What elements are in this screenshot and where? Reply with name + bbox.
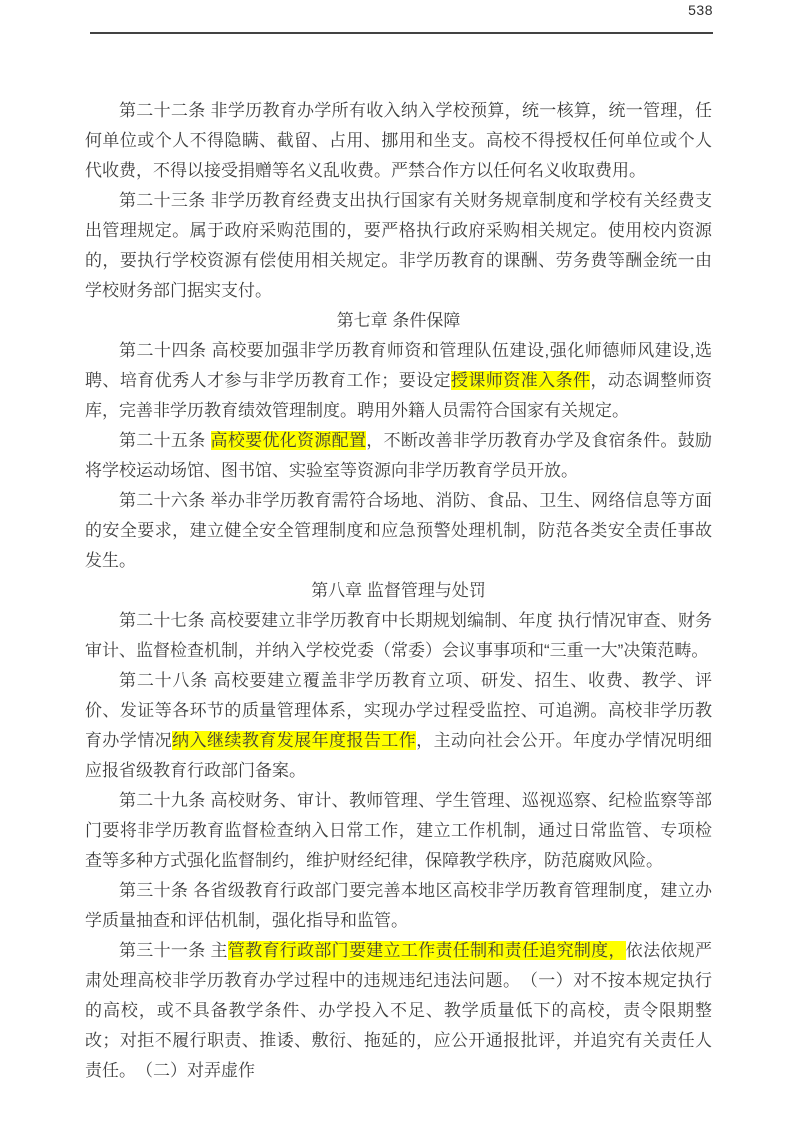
highlighted-text: 管教育行政部门要建立工作责任制和责任追究制度， (228, 941, 626, 960)
article-paragraph: 第二十六条 举办非学历教育需符合场地、消防、食品、卫生、网络信息等方面的安全要求… (85, 486, 712, 576)
chapter-heading: 第七章 条件保障 (85, 306, 712, 336)
document-body: 第二十二条 非学历教育办学所有收入纳入学校预算，统一核算，统一管理，任何单位或个… (85, 96, 712, 1086)
article-paragraph: 第二十二条 非学历教育办学所有收入纳入学校预算，统一核算，统一管理，任何单位或个… (85, 96, 712, 186)
article-paragraph: 第三十条 各省级教育行政部门要完善本地区高校非学历教育管理制度，建立办学质量抽查… (85, 876, 712, 936)
article-paragraph: 第二十四条 高校要加强非学历教育师资和管理队伍建设,强化师德师风建设,选聘、培育… (85, 336, 712, 426)
text-run: 第二十五条 (119, 431, 211, 450)
highlighted-text: 纳入继续教育发展年度报告工作 (172, 731, 416, 750)
highlighted-text: 高校要优化资源配置 (211, 431, 367, 450)
text-run: 第三十一条 主 (119, 941, 228, 960)
text-run: 依法依规严肃处理高校非学历教育办学过程中的违规违纪违法问题。 （一）对不按本规定… (85, 941, 712, 1080)
text-run: 第三十条 各省级教育行政部门要完善本地区高校非学历教育管理制度，建立办学质量抽查… (85, 881, 712, 930)
text-run: 第二十二条 非学历教育办学所有收入纳入学校预算，统一核算，统一管理，任何单位或个… (85, 101, 712, 180)
article-paragraph: 第二十三条 非学历教育经费支出执行国家有关财务规章制度和学校有关经费支出管理规定… (85, 186, 712, 306)
page-number: 538 (688, 2, 713, 18)
text-run: 第二十七条 高校要建立非学历教育中长期规划编制、年度 执行情况审查、财务审计、监… (85, 611, 712, 660)
text-run: 第二十三条 非学历教育经费支出执行国家有关财务规章制度和学校有关经费支出管理规定… (85, 191, 712, 300)
article-paragraph: 第二十五条 高校要优化资源配置，不断改善非学历教育办学及食宿条件。鼓励将学校运动… (85, 426, 712, 486)
article-paragraph: 第二十八条 高校要建立覆盖非学历教育立项、研发、招生、收费、教学、评价、发证等各… (85, 666, 712, 786)
text-run: 第二十六条 举办非学历教育需符合场地、消防、食品、卫生、网络信息等方面的安全要求… (85, 491, 712, 570)
article-paragraph: 第三十一条 主管教育行政部门要建立工作责任制和责任追究制度，依法依规严肃处理高校… (85, 936, 712, 1086)
document-page: 538 第二十二条 非学历教育办学所有收入纳入学校预算，统一核算，统一管理，任何… (0, 0, 793, 1122)
highlighted-text: 授课师资准入条件 (451, 371, 590, 390)
header-rule (90, 32, 713, 34)
text-run: 第八章 监督管理与处罚 (311, 581, 486, 600)
text-run: 第七章 条件保障 (337, 311, 461, 330)
article-paragraph: 第二十七条 高校要建立非学历教育中长期规划编制、年度 执行情况审查、财务审计、监… (85, 606, 712, 666)
article-paragraph: 第二十九条 高校财务、审计、教师管理、学生管理、巡视巡察、纪检监察等部门要将非学… (85, 786, 712, 876)
text-run: 第二十九条 高校财务、审计、教师管理、学生管理、巡视巡察、纪检监察等部门要将非学… (85, 791, 712, 870)
chapter-heading: 第八章 监督管理与处罚 (85, 576, 712, 606)
